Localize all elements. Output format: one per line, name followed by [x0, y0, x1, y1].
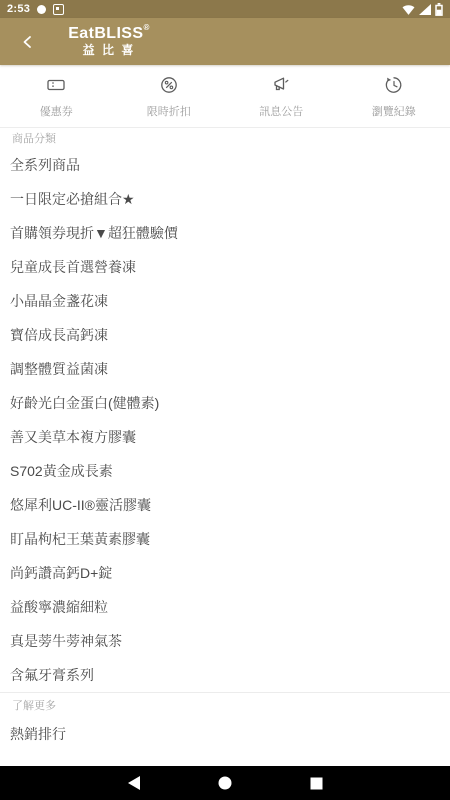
tab-coupons[interactable]: 優惠券 [0, 65, 113, 127]
nav-home-button[interactable] [218, 776, 232, 790]
category-item[interactable]: 善又美草本複方膠囊 [0, 420, 450, 454]
browsing-history-icon [383, 74, 405, 96]
back-chevron-icon [20, 34, 36, 50]
status-bar: 2:53 [0, 0, 450, 18]
back-button[interactable] [0, 18, 56, 65]
content-spacer [0, 751, 450, 766]
category-item[interactable]: 小晶晶金盞花凍 [0, 284, 450, 318]
category-item[interactable]: 首購領券現折▼超狂體驗價 [0, 216, 450, 250]
tab-announcements[interactable]: 訊息公告 [225, 65, 338, 127]
status-bar-right-icons [402, 3, 443, 16]
category-section-header: 商品分類 [0, 128, 450, 148]
brand-logo-chinese: 益 比 喜 [56, 44, 162, 57]
category-list: 全系列商品 一日限定必搶組合★ 首購領券現折▼超狂體驗價 兒童成長首選營養凍 小… [0, 148, 450, 692]
category-item[interactable]: 調整體質益菌凍 [0, 352, 450, 386]
tab-flash-discount-label: 限時折扣 [147, 103, 191, 119]
category-item[interactable]: 寶倍成長高鈣凍 [0, 318, 450, 352]
quick-tab-row: 優惠券 限時折扣 訊息公告 瀏覽紀錄 [0, 65, 450, 128]
coupon-ticket-icon [45, 74, 67, 96]
tab-announcements-label: 訊息公告 [259, 103, 303, 119]
category-item[interactable]: 全系列商品 [0, 148, 450, 182]
registered-mark: ® [143, 23, 149, 32]
category-item[interactable]: 悠犀利UC-II®靈活膠囊 [0, 488, 450, 522]
category-item[interactable]: 益酸寧濃縮細粒 [0, 590, 450, 624]
discount-percent-icon [158, 74, 180, 96]
category-item[interactable]: 尚鈣讚高鈣D+錠 [0, 556, 450, 590]
recents-square-icon [310, 777, 323, 790]
status-time: 2:53 [7, 3, 30, 15]
notification-dot-icon [37, 5, 46, 14]
app-notification-icon [53, 4, 64, 15]
android-navigation-bar [0, 766, 450, 800]
category-item[interactable]: 含氟牙膏系列 [0, 658, 450, 692]
battery-icon [435, 3, 443, 16]
more-section-header: 了解更多 [0, 693, 450, 717]
wifi-icon [402, 4, 415, 15]
app-bar: EatBLISS® 益 比 喜 [0, 18, 450, 65]
more-item-hot-ranking[interactable]: 熱銷排行 [0, 717, 450, 751]
announcement-megaphone-icon [270, 74, 292, 96]
category-item[interactable]: 盯晶枸杞王葉黃素膠囊 [0, 522, 450, 556]
tab-coupons-label: 優惠券 [40, 103, 73, 119]
brand-logo: EatBLISS® 益 比 喜 [56, 26, 162, 56]
category-item[interactable]: 真是蒡牛蒡神氣茶 [0, 624, 450, 658]
back-triangle-icon [128, 776, 140, 790]
nav-back-button[interactable] [128, 776, 140, 790]
brand-name: EatBLISS [68, 25, 143, 42]
brand-logo-text: EatBLISS® [56, 26, 162, 43]
category-item[interactable]: 兒童成長首選營養凍 [0, 250, 450, 284]
tab-browsing-history[interactable]: 瀏覽紀錄 [338, 65, 450, 127]
tab-browsing-history-label: 瀏覽紀錄 [372, 103, 416, 119]
home-circle-icon [218, 776, 232, 790]
category-item[interactable]: 一日限定必搶組合★ [0, 182, 450, 216]
category-item[interactable]: 好齡光白金蛋白(健體素) [0, 386, 450, 420]
app-screen: 2:53 EatBLISS® 益 比 喜 [0, 0, 450, 800]
cellular-signal-icon [419, 4, 431, 15]
category-item[interactable]: S702黃金成長素 [0, 454, 450, 488]
nav-recents-button[interactable] [310, 777, 323, 790]
tab-flash-discount[interactable]: 限時折扣 [113, 65, 226, 127]
